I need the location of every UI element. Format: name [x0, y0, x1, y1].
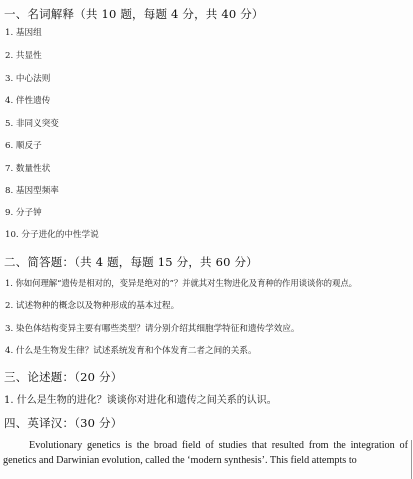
translation-paragraph: Evolutionary genetics is the broad field…	[3, 438, 408, 468]
exam-page: 一、名词解释（共 10 题，每题 4 分，共 40 分） 1. 基因组 2. 共…	[0, 0, 413, 479]
section-1-item-10: 10. 分子进化的中性学说	[5, 231, 99, 240]
section-1-item-7: 7. 数量性状	[5, 165, 50, 174]
section-1-item-3: 3. 中心法则	[5, 75, 50, 84]
section-2-item-1: 1. 你如何理解“遗传是相对的，变异是绝对的”？并就其对生物进化及育种的作用谈谈…	[5, 279, 357, 287]
section-1-item-2: 2. 共显性	[5, 52, 42, 61]
section-3-item-1: 1. 什么是生物的进化？谈谈你对进化和遗传之间关系的认识。	[4, 396, 277, 406]
section-2-item-3: 3. 染色体结构变异主要有哪些类型？请分别介绍其细胞学特征和遗传学效应。	[5, 325, 300, 334]
section-1-item-4: 4. 伴性遗传	[5, 97, 50, 106]
section-3-title: 三、论述题：（20 分）	[4, 372, 122, 384]
section-1-item-5: 5. 非同义突变	[5, 120, 59, 129]
section-1-item-9: 9. 分子钟	[5, 209, 42, 218]
section-2-title: 二、简答题：（共 4 题，每题 15 分，共 60 分）	[4, 257, 258, 269]
section-1-item-6: 6. 顺反子	[5, 142, 42, 151]
scan-edge-line	[411, 440, 412, 479]
section-2-item-2: 2. 试述物种的概念以及物种形成的基本过程。	[5, 302, 179, 311]
section-1-item-8: 8. 基因型频率	[5, 187, 59, 196]
section-4-title: 四、英译汉：（30 分）	[4, 418, 122, 430]
section-1-item-1: 1. 基因组	[5, 29, 42, 38]
section-1-title: 一、名词解释（共 10 题，每题 4 分，共 40 分）	[4, 9, 264, 21]
section-2-item-4: 4. 什么是生物发生律？试述系统发育和个体发育二者之间的关系。	[5, 347, 257, 356]
